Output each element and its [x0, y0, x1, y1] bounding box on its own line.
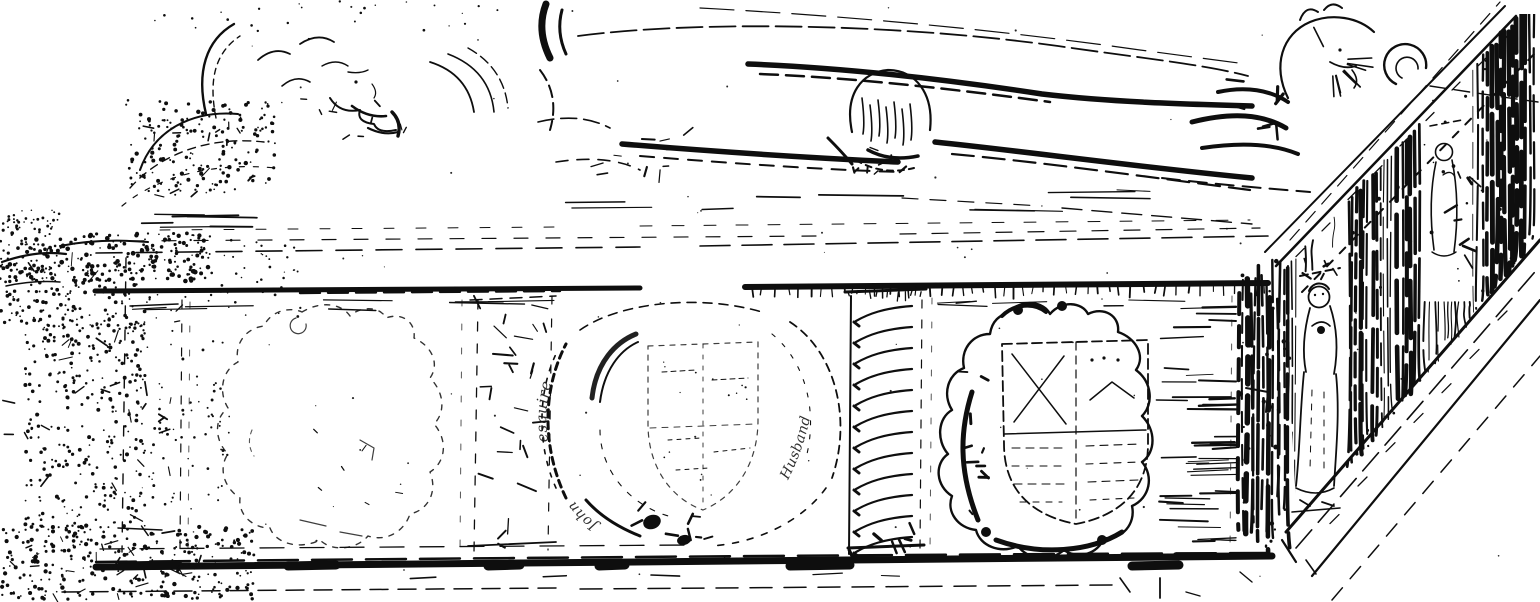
- effigy-figure: [122, 0, 1538, 227]
- engraving-sheet: John esquire Husband: [0, 0, 1540, 602]
- tomb-end-face: [1282, 1, 1540, 600]
- corner-pilaster: [1238, 259, 1291, 556]
- effigy-drapery: [142, 4, 1538, 227]
- tomb-monument-engraving: John esquire Husband: [0, 0, 1540, 602]
- weeper-figure-front: [1292, 259, 1340, 513]
- inscription-left-lower: John: [564, 498, 603, 536]
- tomb-chest-front: John esquire Husband: [62, 258, 1291, 598]
- inscription-left-upper: esquire: [532, 379, 555, 444]
- inscription-right: Husband: [777, 414, 814, 483]
- right-hatch-field: [1156, 307, 1236, 556]
- left-stipple-shading: [0, 210, 301, 602]
- rope-twist-pilaster: [845, 289, 926, 561]
- effigy-collar: [430, 48, 553, 130]
- wreath-shield: [648, 342, 758, 510]
- helm-pillow: [122, 24, 276, 206]
- panel-right-cartouche: [939, 301, 1153, 558]
- panel-center-wreath: John esquire Husband: [532, 302, 840, 546]
- panel-left-cartouche: [218, 305, 444, 548]
- footrest-lion: [1162, 4, 1426, 192]
